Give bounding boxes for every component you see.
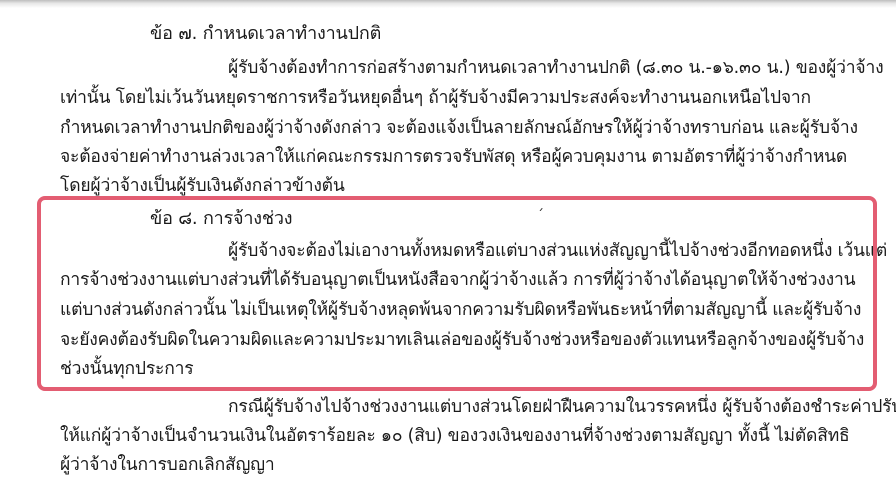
stray-mark: ˊ [537,208,544,224]
clause-8-line: ผู้รับจ้างจะต้องไม่เอางานทั้งหมดหรือแต่บ… [228,240,887,262]
clause-7-line: กำหนดเวลาทำงานปกติของผู้ว่าจ้างดังกล่าว … [60,117,858,139]
clause-8-continuation-line: ให้แก่ผู้ว่าจ้างเป็นจำนวนเงินในอัตราร้อย… [60,425,850,447]
clause-7-line: ผู้รับจ้างต้องทำการก่อสร้างตามกำหนดเวลาท… [228,57,883,79]
clause-8-line: แต่บางส่วนดังกล่าวนั้น ไม่เป็นเหตุให้ผู้… [60,299,861,321]
clause-7-heading: ข้อ ๗. กำหนดเวลาทำงานปกติ [150,23,381,45]
clause-8-line: จะยังคงต้องรับผิดในความผิดและความประมาทเ… [60,329,864,351]
clause-8-line: ช่วงนั้นทุกประการ [60,358,193,380]
clause-7-line: จะต้องจ่ายค่าทำงานล่วงเวลาให้แก่คณะกรรมก… [60,146,847,168]
clause-8-continuation-line: ผู้ว่าจ้างในการบอกเลิกสัญญา [60,454,275,476]
clause-7-line: โดยผู้ว่าจ้างเป็นผู้รับเงินดังกล่าวข้างต… [60,175,345,197]
clause-7-line: เท่านั้น โดยไม่เว้นวันหยุดราชการหรือวันห… [60,87,811,109]
clause-8-line: การจ้างช่วงงานแต่บางส่วนที่ได้รับอนุญาตเ… [60,269,855,291]
clause-8-continuation-line: กรณีผู้รับจ้างไปจ้างช่วงงานแต่บางส่วนโดย… [228,396,896,418]
top-edge-shadow [0,0,896,8]
clause-8-heading: ข้อ ๘. การจ้างช่วง [150,208,292,230]
